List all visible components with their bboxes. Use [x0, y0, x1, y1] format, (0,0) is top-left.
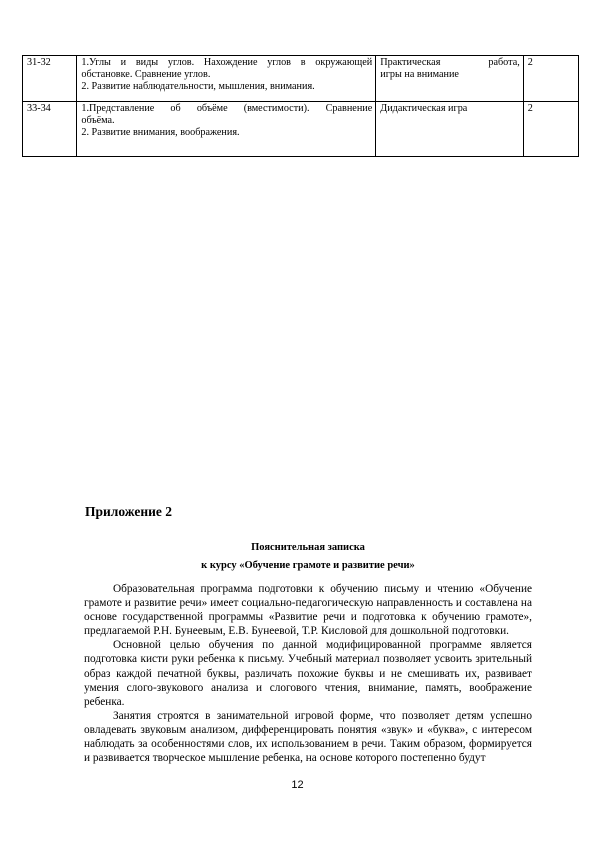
form-line: Дидактическая игра	[380, 103, 520, 115]
lesson-form-cell: Дидактическая игра	[376, 102, 524, 157]
lesson-topic-cell: 1.Углы и виды углов. Нахождение углов в …	[77, 56, 376, 102]
heading-line: Пояснительная записка	[84, 539, 532, 557]
topic-line: обстановке. Сравнение углов.	[81, 69, 372, 81]
explanatory-note-body: Образовательная программа подготовки к о…	[84, 582, 532, 765]
table-row: 33-34 1.Представление об объёме (вместим…	[23, 102, 579, 157]
document-page: 31-32 1.Углы и виды углов. Нахождение уг…	[0, 0, 595, 842]
lesson-number-cell: 33-34	[23, 102, 77, 157]
form-line: Практическая работа,	[380, 57, 520, 69]
form-line: игры на внимание	[380, 69, 520, 81]
topic-line: 2. Развитие наблюдательности, мышления, …	[81, 81, 372, 93]
topic-line: 1.Представление об объёме (вместимости).…	[81, 103, 372, 115]
paragraph: Занятия строятся в занимательной игровой…	[84, 709, 532, 765]
topic-line: 1.Углы и виды углов. Нахождение углов в …	[81, 57, 372, 69]
appendix-title: Приложение 2	[85, 504, 172, 520]
table-row: 31-32 1.Углы и виды углов. Нахождение уг…	[23, 56, 579, 102]
topic-line: объёма.	[81, 115, 372, 127]
lesson-form-cell: Практическая работа, игры на внимание	[376, 56, 524, 102]
lesson-hours-cell: 2	[523, 56, 578, 102]
lesson-plan-table: 31-32 1.Углы и виды углов. Нахождение уг…	[22, 55, 579, 157]
lesson-hours-cell: 2	[523, 102, 578, 157]
explanatory-note-heading: Пояснительная записка к курсу «Обучение …	[84, 539, 532, 575]
page-number: 12	[0, 779, 595, 791]
paragraph: Образовательная программа подготовки к о…	[84, 582, 532, 638]
topic-line: 2. Развитие внимания, воображения.	[81, 127, 372, 139]
lesson-number-cell: 31-32	[23, 56, 77, 102]
heading-line: к курсу «Обучение грамоте и развитие реч…	[84, 557, 532, 575]
paragraph: Основной целью обучения по данной модифи…	[84, 638, 532, 708]
lesson-topic-cell: 1.Представление об объёме (вместимости).…	[77, 102, 376, 157]
